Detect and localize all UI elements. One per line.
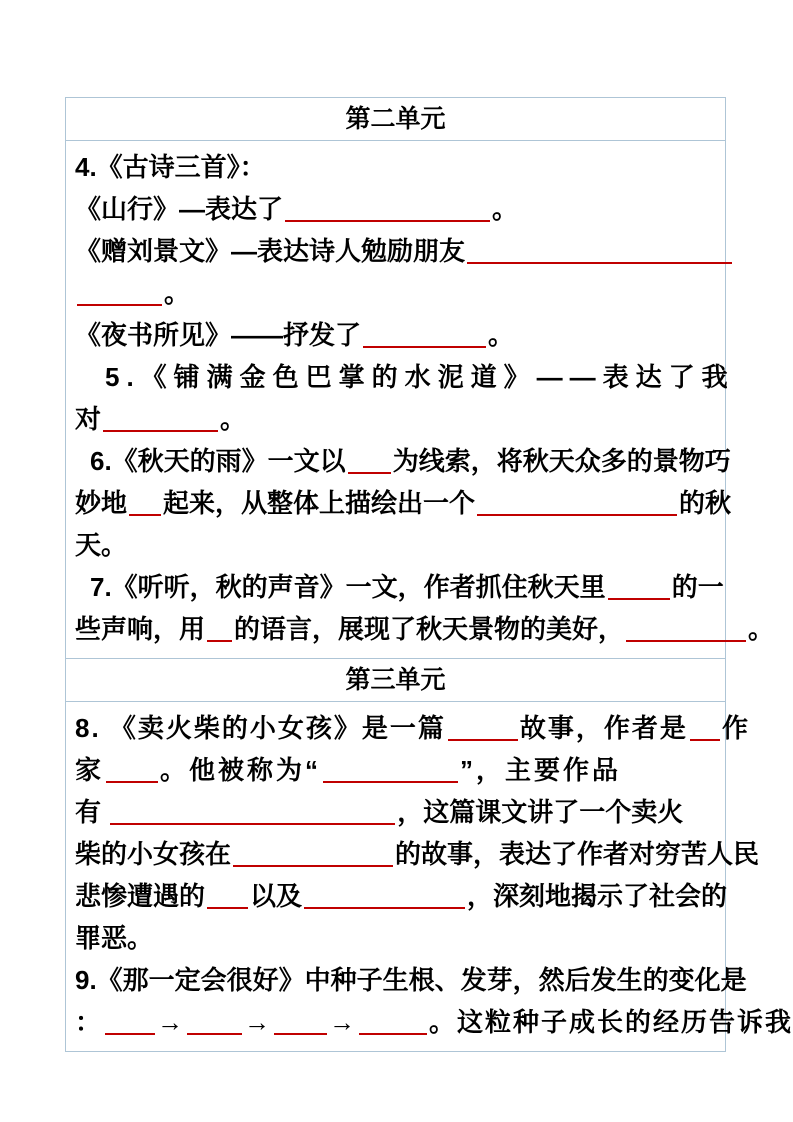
- fill-in-blank: [608, 572, 670, 600]
- text-line: 对。: [75, 398, 716, 440]
- text-segment: ，这篇课文讲了一个卖火: [397, 797, 683, 827]
- section-body: 4.《古诗三首》：《山行》—表达了。《赠刘景文》—表达诗人勉励朋友。《夜书所见》…: [66, 141, 725, 659]
- text-segment: 6.《秋天的雨》一文以: [90, 446, 346, 476]
- text-segment: 罪恶。: [75, 923, 153, 953]
- text-segment: 。: [748, 614, 774, 644]
- fill-in-blank: [103, 404, 218, 432]
- text-segment: 8. 《卖火柴的小女孩》是一篇: [75, 713, 446, 743]
- fill-in-blank: [129, 488, 161, 516]
- text-segment: ”，主要作品: [460, 755, 621, 785]
- fill-in-blank: [106, 755, 158, 783]
- section-header: 第三单元: [66, 659, 725, 702]
- text-segment: 9.《那一定会很好》中种子生根、发芽，然后发生的变化是: [75, 965, 747, 995]
- text-line: 7.《听听，秋的声音》一文，作者抓住秋天里的一: [75, 566, 716, 608]
- text-line: 《山行》—表达了。: [75, 188, 716, 230]
- text-segment: 5.《铺满金色巴掌的水泥道》——表达了我: [105, 362, 735, 392]
- fill-in-blank: [626, 614, 746, 642]
- fill-in-blank: [348, 446, 391, 474]
- text-line: 家。他被称为“”，主要作品: [75, 749, 716, 791]
- text-segment: 为线索，将秋天众多的景物巧: [393, 446, 731, 476]
- fill-in-blank: [77, 278, 162, 306]
- text-segment: 。: [220, 404, 246, 434]
- text-segment: 。: [164, 278, 190, 308]
- text-segment: 起来，从整体上描绘出一个: [163, 488, 475, 518]
- text-line: 。: [75, 272, 716, 314]
- text-segment: 对: [75, 404, 101, 434]
- text-segment: 家: [75, 755, 104, 785]
- fill-in-blank: [477, 488, 677, 516]
- text-segment: ，深刻地揭示了社会的: [467, 881, 727, 911]
- fill-in-blank: [304, 881, 465, 909]
- text-line: 6.《秋天的雨》一文以为线索，将秋天众多的景物巧: [75, 440, 716, 482]
- fill-in-blank: [187, 1007, 242, 1035]
- text-line: 悲惨遭遇的以及，深刻地揭示了社会的: [75, 875, 716, 917]
- text-line: 天。: [75, 524, 716, 566]
- fill-in-blank: [285, 194, 490, 222]
- text-segment: 故事，作者是: [520, 713, 688, 743]
- text-segment: 作: [722, 713, 750, 743]
- section-header: 第二单元: [66, 98, 725, 141]
- text-segment: 。他被称为“: [160, 755, 321, 785]
- text-segment: 《夜书所见》——抒发了: [75, 320, 361, 350]
- worksheet-table: 第二单元4.《古诗三首》：《山行》—表达了。《赠刘景文》—表达诗人勉励朋友。《夜…: [65, 97, 726, 1052]
- text-segment: 的一: [672, 572, 724, 602]
- fill-in-blank: [274, 1007, 327, 1035]
- text-line: 些声响，用的语言，展现了秋天景物的美好，。: [75, 608, 716, 650]
- text-segment: 《赠刘景文》—表达诗人勉励朋友: [75, 236, 465, 266]
- section-body: 8. 《卖火柴的小女孩》是一篇故事，作者是作家。他被称为“”，主要作品有 ，这篇…: [66, 702, 725, 1051]
- text-segment: 的故事，表达了作者对穷苦人民: [395, 839, 759, 869]
- text-segment: 柴的小女孩在: [75, 839, 231, 869]
- text-segment: 以及: [250, 881, 302, 911]
- text-segment: 妙地: [75, 488, 127, 518]
- text-segment: 的秋: [679, 488, 731, 518]
- text-segment: 7.《听听，秋的声音》一文，作者抓住秋天里: [90, 572, 606, 602]
- fill-in-blank: [105, 1007, 155, 1035]
- text-line: 妙地起来，从整体上描绘出一个的秋: [75, 482, 716, 524]
- text-line: 有 ，这篇课文讲了一个卖火: [75, 791, 716, 833]
- text-segment: →: [157, 1007, 185, 1037]
- text-segment: →: [244, 1007, 272, 1037]
- text-segment: 4.《古诗三首》：: [75, 152, 266, 182]
- fill-in-blank: [207, 614, 232, 642]
- text-line: 《夜书所见》——抒发了。: [75, 314, 716, 356]
- fill-in-blank: [207, 881, 248, 909]
- text-line: 8. 《卖火柴的小女孩》是一篇故事，作者是作: [75, 707, 716, 749]
- fill-in-blank: [467, 236, 732, 264]
- text-line: 柴的小女孩在的故事，表达了作者对穷苦人民: [75, 833, 716, 875]
- text-segment: 的语言，展现了秋天景物的美好，: [234, 614, 624, 644]
- worksheet-page: 第二单元4.《古诗三首》：《山行》—表达了。《赠刘景文》—表达诗人勉励朋友。《夜…: [0, 0, 793, 1122]
- text-line: ：→→→。这粒种子成长的经历告诉我: [75, 1001, 716, 1043]
- text-line: 5.《铺满金色巴掌的水泥道》——表达了我: [75, 356, 716, 398]
- text-segment: 。这粒种子成长的经历告诉我: [429, 1007, 793, 1037]
- text-line: 《赠刘景文》—表达诗人勉励朋友: [75, 230, 716, 272]
- text-segment: ：: [75, 1007, 103, 1037]
- text-line: 罪恶。: [75, 917, 716, 959]
- fill-in-blank: [359, 1007, 427, 1035]
- text-segment: 。: [488, 320, 514, 350]
- text-segment: 有: [75, 797, 108, 827]
- text-segment: 悲惨遭遇的: [75, 881, 205, 911]
- fill-in-blank: [323, 755, 458, 783]
- fill-in-blank: [110, 797, 395, 825]
- text-line: 9.《那一定会很好》中种子生根、发芽，然后发生的变化是: [75, 959, 716, 1001]
- text-segment: 天。: [75, 530, 127, 560]
- fill-in-blank: [363, 320, 486, 348]
- fill-in-blank: [233, 839, 393, 867]
- text-line: 4.《古诗三首》：: [75, 146, 716, 188]
- text-segment: →: [329, 1007, 357, 1037]
- fill-in-blank: [448, 713, 518, 741]
- fill-in-blank: [690, 713, 720, 741]
- text-segment: 些声响，用: [75, 614, 205, 644]
- text-segment: 。: [492, 194, 518, 224]
- text-segment: 《山行》—表达了: [75, 194, 283, 224]
